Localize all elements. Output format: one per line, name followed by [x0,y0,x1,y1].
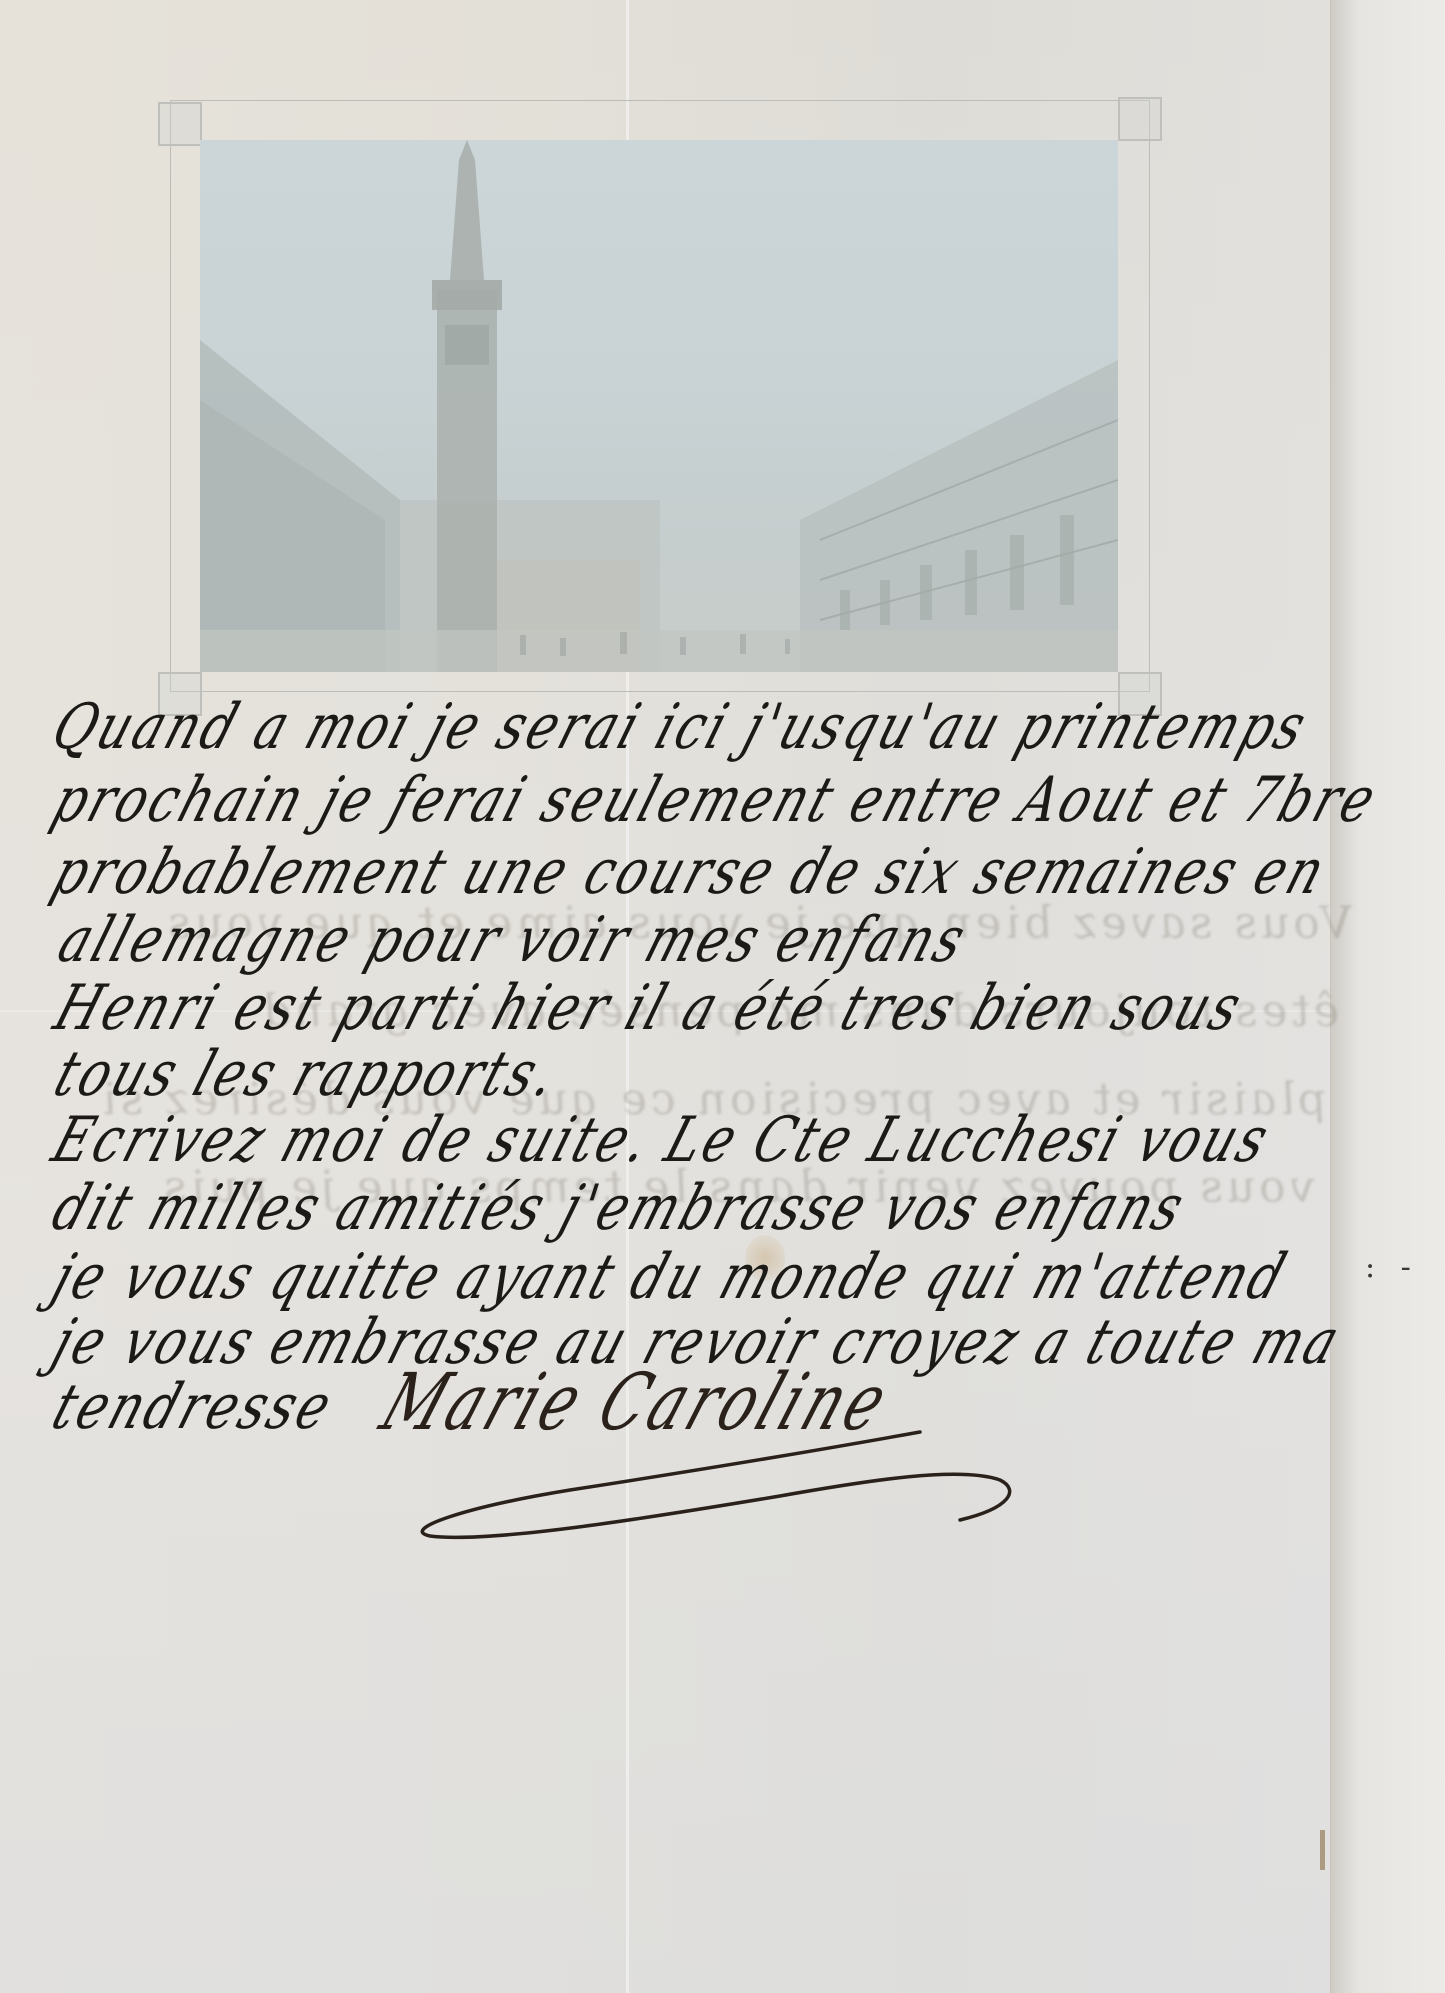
letter-line-1: Quand a moi je serai ici j'usqu'au print… [44,691,1317,764]
engraving-piazza-san-marco [200,140,1118,672]
letter-line-7: Ecrivez moi de suite. Le Cte Lucchesi vo… [44,1104,1280,1177]
edge-mark [1320,1830,1325,1870]
letter-line-8: dit milles amitiés j'embrasse vos enfans [44,1172,1195,1245]
engraving-illustration [200,140,1118,672]
letter-line-9: je vous quitte ayant du monde qui m'atte… [44,1241,1297,1314]
letter-line-6: tous les rapports. [46,1038,568,1111]
letter-line-7-text: Ecrivez moi de suite. Le Cte Lucchesi vo… [44,1104,1280,1177]
letter-line-3: probablement une course de six semaines … [44,836,1336,909]
letter-line-4: allemagne pour voir mes enfans [50,904,977,977]
signature-flourish [400,1420,1020,1540]
paper-edge [1330,0,1445,1993]
letter-line-2: prochain je ferai seulement entre Aout e… [44,764,1387,837]
letter-line-11: tendresse [44,1371,343,1444]
letter-line-5: Henri est parti hier il a été tres bien … [46,972,1252,1045]
frame-corner-top-right [1118,97,1162,141]
margin-marks: : - [1365,1250,1419,1285]
frame-corner-top-left [158,102,202,146]
